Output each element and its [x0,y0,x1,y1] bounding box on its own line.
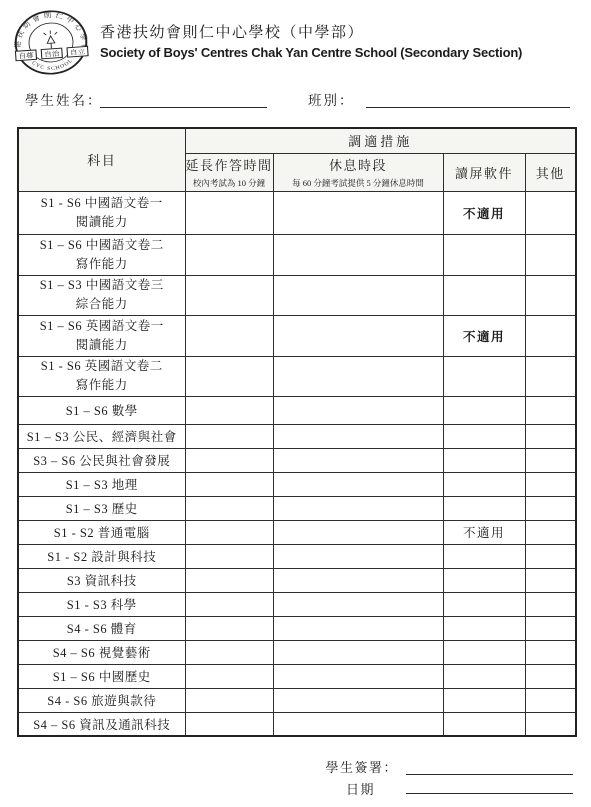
torch-icon [43,30,58,49]
extended-time-cell [185,424,273,448]
other-cell [525,275,576,315]
rest-period-cell [273,472,443,496]
other-cell [525,520,576,544]
rest-period-cell [273,544,443,568]
subject-cell: S1 - S6 中國語文卷一閱讀能力 [18,191,185,234]
rest-period-cell [273,234,443,275]
other-cell [525,640,576,664]
table-row: S1 – S3 地理 [18,472,576,496]
class-label: 班別： [308,89,355,109]
not-applicable-text: 不適用 [463,526,505,540]
screen-reader-cell [443,616,525,640]
not-applicable-text: 不適用 [463,207,505,221]
rest-period-cell [273,424,443,448]
logo-motto-band: 自尊 自治 自立 [15,46,88,60]
rest-period-label: 休息時段 [274,155,443,174]
subject-cell: S1 - S6 英國語文卷二寫作能力 [18,356,185,396]
subject-cell: S3 – S6 公民與社會發展 [18,448,185,472]
extended-time-cell [185,592,273,616]
subject-cell: S4 – S6 資訊及通訊科技 [18,712,185,736]
screen-reader-cell [443,234,525,275]
table-row: S1 - S2 設計與科技 [18,544,576,568]
table-row: S1 – S3 公民、經濟與社會 [18,424,576,448]
table-row: S1 – S6 中國語文卷二寫作能力 [18,234,576,275]
table-row: S1 – S3 中國語文卷三綜合能力 [18,275,576,315]
subjects-table-body: S1 - S6 中國語文卷一閱讀能力不適用S1 – S6 中國語文卷二寫作能力S… [18,191,576,736]
subject-cell: S4 - S6 旅遊與款待 [18,688,185,712]
extended-time-cell [185,712,273,736]
extended-time-cell [185,315,273,356]
table-row: S4 – S6 資訊及通訊科技 [18,712,576,736]
rest-period-cell [273,688,443,712]
date-line [406,777,573,794]
other-cell [525,234,576,275]
table-row: S1 - S6 中國語文卷一閱讀能力不適用 [18,191,576,234]
screen-reader-header: 讀屏軟件 [443,153,525,191]
extended-time-cell [185,544,273,568]
other-cell [525,568,576,592]
other-cell [525,472,576,496]
other-cell [525,424,576,448]
subject-cell: S4 - S6 體育 [18,616,185,640]
other-cell [525,315,576,356]
student-name-line [100,86,267,108]
logo-motto-2: 自治 [44,49,61,59]
other-cell [525,664,576,688]
extended-time-cell [185,356,273,396]
extended-time-cell [185,520,273,544]
screen-reader-cell [443,664,525,688]
date-label: 日期 [260,779,375,798]
extended-time-cell [185,234,273,275]
subject-cell: S1 – S3 中國語文卷三綜合能力 [18,275,185,315]
rest-period-cell [273,191,443,234]
extended-time-cell [185,664,273,688]
screen-reader-cell: 不適用 [443,191,525,234]
not-applicable-text: 不適用 [463,330,505,344]
extended-time-cell [185,448,273,472]
screen-reader-cell [443,712,525,736]
screen-reader-cell [443,396,525,424]
screen-reader-cell [443,356,525,396]
rest-period-cell [273,356,443,396]
screen-reader-cell [443,472,525,496]
school-logo: 香港扶幼會則仁中心學校 自尊 自治 自立 CYC SCHOOL [11,6,91,78]
rest-period-note: 每 60 分鐘考試提供 5 分鐘休息時間 [274,177,443,189]
table-row: S1 - S2 普通電腦不適用 [18,520,576,544]
table-row: S3 資訊科技 [18,568,576,592]
subject-cell: S3 資訊科技 [18,568,185,592]
other-cell [525,356,576,396]
scanned-form-page: 香港扶幼會則仁中心學校 自尊 自治 自立 CYC SCHOOL [0,0,591,807]
extended-time-header: 延長作答時間 校內考試為 10 分鐘 [185,153,273,191]
rest-period-header: 休息時段 每 60 分鐘考試提供 5 分鐘休息時間 [273,153,443,191]
table-row: S1 – S6 英國語文卷一閱讀能力不適用 [18,315,576,356]
table-row: S1 – S6 中國歷史 [18,664,576,688]
table-row: S4 - S6 旅遊與款待 [18,688,576,712]
subject-column-header: 科目 [18,128,185,191]
other-cell [525,616,576,640]
logo-motto-1: 自尊 [18,51,34,60]
table-row: S3 – S6 公民與社會發展 [18,448,576,472]
extended-time-label: 延長作答時間 [186,155,273,174]
screen-reader-cell [443,275,525,315]
subject-cell: S4 – S6 視覺藝術 [18,640,185,664]
rest-period-cell [273,520,443,544]
subject-cell: S1 – S3 地理 [18,472,185,496]
extended-time-note: 校內考試為 10 分鐘 [186,177,273,189]
rest-period-cell [273,396,443,424]
extended-time-cell [185,616,273,640]
rest-period-cell [273,568,443,592]
other-cell [525,712,576,736]
other-cell [525,396,576,424]
extended-time-cell [185,496,273,520]
measures-header: 調適措施 [185,128,576,153]
rest-period-cell [273,315,443,356]
table-row: S1 – S6 數學 [18,396,576,424]
subject-cell: S1 – S6 數學 [18,396,185,424]
screen-reader-cell: 不適用 [443,520,525,544]
other-cell [525,688,576,712]
school-titles: 香港扶幼會則仁中心學校（中學部） Society of Boys' Centre… [100,21,522,60]
screen-reader-cell [443,688,525,712]
rest-period-cell [273,712,443,736]
subject-cell: S1 - S2 設計與科技 [18,544,185,568]
accommodations-table: 科目 調適措施 延長作答時間 校內考試為 10 分鐘 休息時段 每 60 分鐘考… [17,127,577,737]
table-row: S4 - S6 體育 [18,616,576,640]
rest-period-cell [273,275,443,315]
student-info-row: 學生姓名： 班別： [0,89,591,113]
other-cell [525,448,576,472]
screen-reader-cell [443,592,525,616]
table-row: S1 - S3 科學 [18,592,576,616]
extended-time-cell [185,568,273,592]
class-line [366,86,570,108]
table-row: S1 – S3 歷史 [18,496,576,520]
signature-line [406,758,573,775]
school-title-zh: 香港扶幼會則仁中心學校（中學部） [100,21,522,42]
subject-cell: S1 – S6 中國歷史 [18,664,185,688]
screen-reader-cell [443,544,525,568]
extended-time-cell [185,191,273,234]
table-row: S4 – S6 視覺藝術 [18,640,576,664]
subject-cell: S1 - S2 普通電腦 [18,520,185,544]
other-header: 其他 [525,153,576,191]
screen-reader-cell: 不適用 [443,315,525,356]
screen-reader-cell [443,568,525,592]
rest-period-cell [273,616,443,640]
other-cell [525,544,576,568]
rest-period-cell [273,664,443,688]
subject-cell: S1 – S3 公民、經濟與社會 [18,424,185,448]
signature-label: 學生簽署： [260,757,398,776]
subject-cell: S1 – S6 英國語文卷一閱讀能力 [18,315,185,356]
student-name-label: 學生姓名： [25,89,103,109]
extended-time-cell [185,688,273,712]
screen-reader-cell [443,448,525,472]
other-cell [525,496,576,520]
extended-time-cell [185,640,273,664]
screen-reader-cell [443,640,525,664]
school-title-en: Society of Boys' Centres Chak Yan Centre… [100,45,522,60]
extended-time-cell [185,472,273,496]
subject-cell: S1 – S3 歷史 [18,496,185,520]
other-cell [525,592,576,616]
rest-period-cell [273,592,443,616]
other-cell [525,191,576,234]
subject-cell: S1 – S6 中國語文卷二寫作能力 [18,234,185,275]
rest-period-cell [273,496,443,520]
extended-time-cell [185,396,273,424]
table-row: S1 - S6 英國語文卷二寫作能力 [18,356,576,396]
screen-reader-cell [443,424,525,448]
screen-reader-cell [443,496,525,520]
logo-motto-3: 自立 [70,47,86,56]
rest-period-cell [273,448,443,472]
subject-cell: S1 - S3 科學 [18,592,185,616]
rest-period-cell [273,640,443,664]
extended-time-cell [185,275,273,315]
